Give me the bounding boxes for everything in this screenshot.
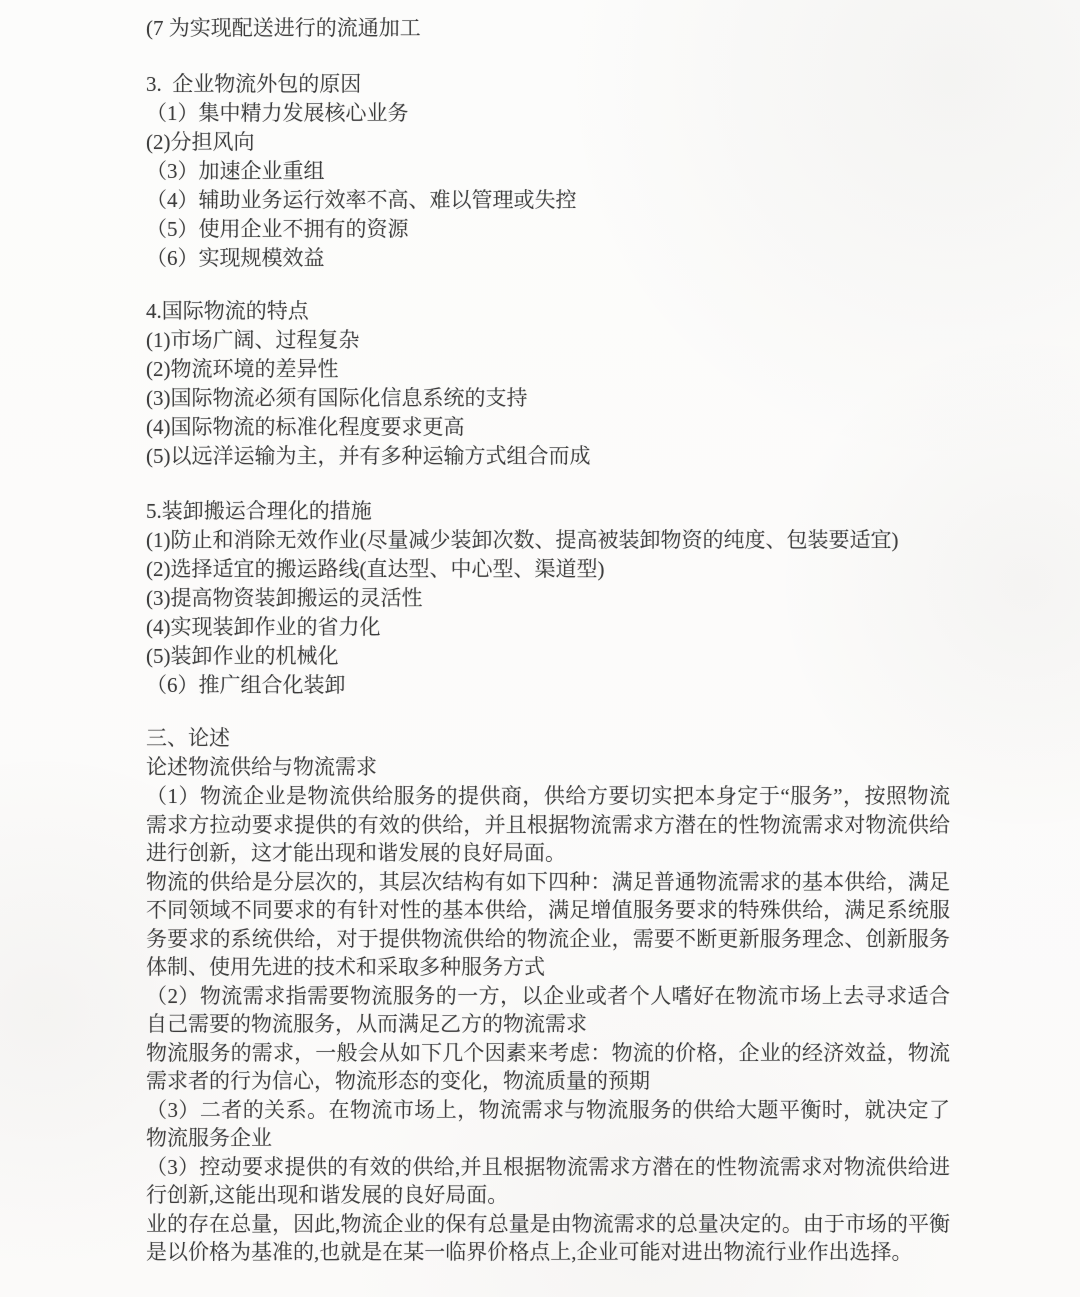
list-item: (2)选择适宜的搬运路线(直达型、中心型、渠道型) xyxy=(146,555,950,584)
discussion-paragraph: 业的存在总量，因此,物流企业的保有总量是由物流需求的总量决定的。由于市场的平衡是… xyxy=(146,1210,950,1267)
section-international-logistics: 4.国际物流的特点 (1)市场广阔、过程复杂 (2)物流环境的差异性 (3)国际… xyxy=(146,297,950,471)
discussion-topic: 论述物流供给与物流需求 xyxy=(146,753,950,782)
intro-line: (7 为实现配送进行的流通加工 xyxy=(146,14,950,43)
section-heading: 4.国际物流的特点 xyxy=(146,297,950,326)
document-page: (7 为实现配送进行的流通加工 3. 企业物流外包的原因 （1）集中精力发展核心… xyxy=(0,0,1080,1297)
list-item: (1)防止和消除无效作业(尽量减少装卸次数、提高被装卸物资的纯度、包装要适宜) xyxy=(146,526,950,555)
list-item: (4)国际物流的标准化程度要求更高 xyxy=(146,413,950,442)
discussion-paragraph: （3）二者的关系。在物流市场上，物流需求与物流服务的供给大题平衡时，就决定了物流… xyxy=(146,1096,950,1153)
section-heading: 3. 企业物流外包的原因 xyxy=(146,70,950,99)
list-item: (2)分担风向 xyxy=(146,128,950,157)
section-discussion: 三、论述 论述物流供给与物流需求 （1）物流企业是物流供给服务的提供商，供给方要… xyxy=(146,724,950,1267)
list-item: (5)装卸作业的机械化 xyxy=(146,642,950,671)
discussion-paragraph: （1）物流企业是物流供给服务的提供商，供给方要切实把本身定于“服务”，按照物流需… xyxy=(146,782,950,868)
section-gap xyxy=(146,273,950,297)
section-outsourcing-reasons: 3. 企业物流外包的原因 （1）集中精力发展核心业务 (2)分担风向 （3）加速… xyxy=(146,70,950,273)
list-item: (1)市场广阔、过程复杂 xyxy=(146,326,950,355)
list-item: （5）使用企业不拥有的资源 xyxy=(146,215,950,244)
list-item: (5)以远洋运输为主，并有多种运输方式组合而成 xyxy=(146,442,950,471)
list-item: (3)提高物资装卸搬运的灵活性 xyxy=(146,584,950,613)
section-gap xyxy=(146,43,950,70)
discussion-heading: 三、论述 xyxy=(146,724,950,753)
list-item: （1）集中精力发展核心业务 xyxy=(146,99,950,128)
section-gap xyxy=(146,471,950,497)
list-item: (3)国际物流必须有国际化信息系统的支持 xyxy=(146,384,950,413)
list-item: (4)实现装卸作业的省力化 xyxy=(146,613,950,642)
discussion-paragraph: （2）物流需求指需要物流服务的一方，以企业或者个人嗜好在物流市场上去寻求适合自己… xyxy=(146,982,950,1039)
list-item: (2)物流环境的差异性 xyxy=(146,355,950,384)
section-handling-rationalization: 5.装卸搬运合理化的措施 (1)防止和消除无效作业(尽量减少装卸次数、提高被装卸… xyxy=(146,497,950,700)
list-item: （3）加速企业重组 xyxy=(146,157,950,186)
discussion-paragraph: 物流服务的需求，一般会从如下几个因素来考虑：物流的价格，企业的经济效益，物流需求… xyxy=(146,1039,950,1096)
section-gap xyxy=(146,700,950,724)
list-item: （4）辅助业务运行效率不高、难以管理或失控 xyxy=(146,186,950,215)
list-item: （6）推广组合化装卸 xyxy=(146,671,950,700)
discussion-paragraph: 物流的供给是分层次的，其层次结构有如下四种：满足普通物流需求的基本供给，满足不同… xyxy=(146,868,950,982)
discussion-paragraph: （3）控动要求提供的有效的供给,并且根据物流需求方潜在的性物流需求对物流供给进行… xyxy=(146,1153,950,1210)
list-item: （6）实现规模效益 xyxy=(146,244,950,273)
section-heading: 5.装卸搬运合理化的措施 xyxy=(146,497,950,526)
